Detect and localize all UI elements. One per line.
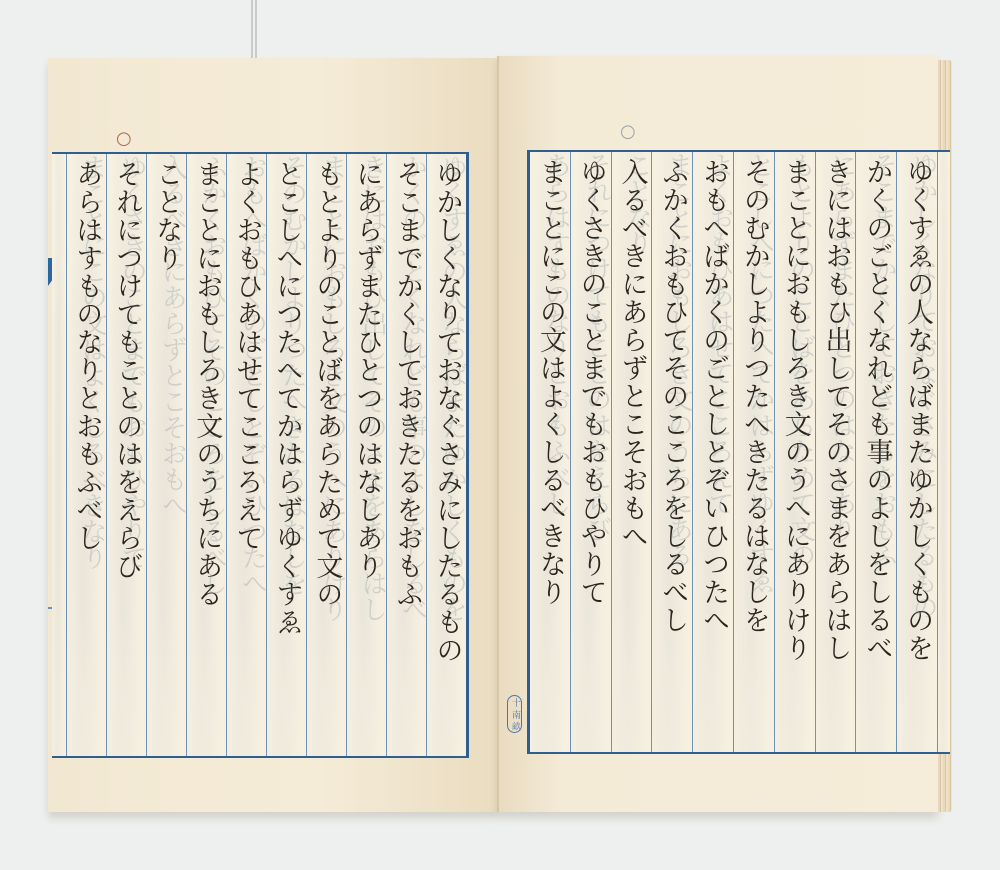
column-text: もとよりのことばをあらためて文の <box>308 160 344 608</box>
column-text: とこしへにつたへてかはらずゆくすゑ <box>268 160 304 636</box>
seal-text: 十 南 畝 <box>507 695 522 734</box>
text-column: おもへばかくのごとしとぞいひつたへよくおもひあはせてこころえて <box>226 154 266 756</box>
column-text: あらはすものなりとおもふべし <box>68 160 104 552</box>
text-column: ゆかしくなりておなぐさみにしたるものゆくすゑの人ならばまたゆかしくものを <box>896 152 937 752</box>
clip-line <box>255 0 257 58</box>
column-text: にあらずまたひとつのはなしあり <box>348 160 384 580</box>
column-text: よくおもひあはせてこころえて <box>228 160 264 552</box>
column-text: 入るべきにあらずとこそおもへ <box>613 158 649 550</box>
text-column: ことなり入るべきにあらずとこそおもへ <box>611 152 652 752</box>
text-column: ふかくおもひてそのこころをしるべしまことにおもしろき文のうちにある <box>186 154 226 756</box>
text-column: それにつけてもことのはをえらびゆくさきのことまでもおもひやりて <box>570 152 611 752</box>
column-text: ゆくすゑの人ならばまたゆかしくものを <box>899 158 935 662</box>
text-column: にあらずまたひとつのはなしありきにはおもひ出してそのさまをあらはし <box>815 152 856 752</box>
text-column: ゆくすゑの人ならばまたゆかしくものをゆかしくなりておなぐさみにしたるもの <box>426 154 466 756</box>
text-column: 入るべきにあらずとこそおもへことなり <box>146 154 186 756</box>
right-page-circle-mark: ○ <box>620 121 636 142</box>
column-text: ことなり <box>148 160 184 272</box>
column-text: それにつけてもことのはをえらび <box>108 160 144 580</box>
column-text: まことにこの文はよくしるべきなり <box>532 158 568 606</box>
column-text: まことにおもしろき文のうちにある <box>188 160 224 608</box>
text-column: ゆくさきのことまでもおもひやりてそれにつけてもことのはをえらび <box>106 154 146 756</box>
right-text-frame: ゆかしくなりておなぐさみにしたるものゆくすゑの人ならばまたゆかしくものを そこま… <box>527 150 950 754</box>
text-column: まことにこの文はよくしるべきなりあらはすものなりとおもふべし <box>66 154 106 756</box>
column-text: ふかくおもひてそのこころをしるべし <box>654 158 690 634</box>
text-column: きにはおもひ出してそのさまをあらはしにあらずまたひとつのはなしあり <box>346 154 386 756</box>
text-column: そこまでかくしておきたるをおもふかくのごとくなれども事のよしをしるべ <box>855 152 896 752</box>
column-text: ゆくさきのことまでもおもひやりて <box>573 158 609 606</box>
column-text: そこまでかくしておきたるをおもふ <box>388 160 424 608</box>
text-column: そのむかしよりつたへきたるはなしをとこしへにつたへてかはらずゆくすゑ <box>266 154 306 756</box>
text-column: かくのごとくなれども事のよしをしるべそこまでかくしておきたるをおもふ <box>386 154 426 756</box>
left-page-circle-mark: ○ <box>116 128 132 149</box>
text-column: とこしへにつたへてかはらずゆくすゑそのむかしよりつたへきたるはなしを <box>733 152 774 752</box>
column-text: かくのごとくなれども事のよしをしるべ <box>858 158 894 662</box>
column-text: きにはおもひ出してそのさまをあらはし <box>818 158 854 662</box>
column-text: ゆかしくなりておなぐさみにしたるもの <box>428 160 464 664</box>
column-text: おもへばかくのごとしとぞいひつたへ <box>695 158 731 634</box>
text-column: まことにおもしろき文のうへにありけりもとよりのことばをあらためて文の <box>306 154 346 756</box>
book-gutter <box>497 56 499 812</box>
left-text-frame: ゆくすゑの人ならばまたゆかしくものをゆかしくなりておなぐさみにしたるもの かくの… <box>52 152 469 758</box>
empty-margin-column <box>52 154 66 756</box>
text-column: よくおもひあはせてこころえておもへばかくのごとしとぞいひつたへ <box>692 152 733 752</box>
clip-line <box>251 0 253 58</box>
text-column: もとよりのことばをあらためて文のまことにおもしろき文のうへにありけり <box>774 152 815 752</box>
text-column: まことにおもしろき文のうちにあるふかくおもひてそのこころをしるべし <box>651 152 692 752</box>
empty-margin-column <box>937 152 950 752</box>
library-seal-stamp: 十 南 畝 <box>506 690 522 738</box>
column-text: そのむかしよりつたへきたるはなしを <box>736 158 772 634</box>
column-text: まことにおもしろき文のうへにありけり <box>777 158 813 662</box>
text-column: あらはすものなりとおもふべしまことにこの文はよくしるべきなり <box>530 152 570 752</box>
